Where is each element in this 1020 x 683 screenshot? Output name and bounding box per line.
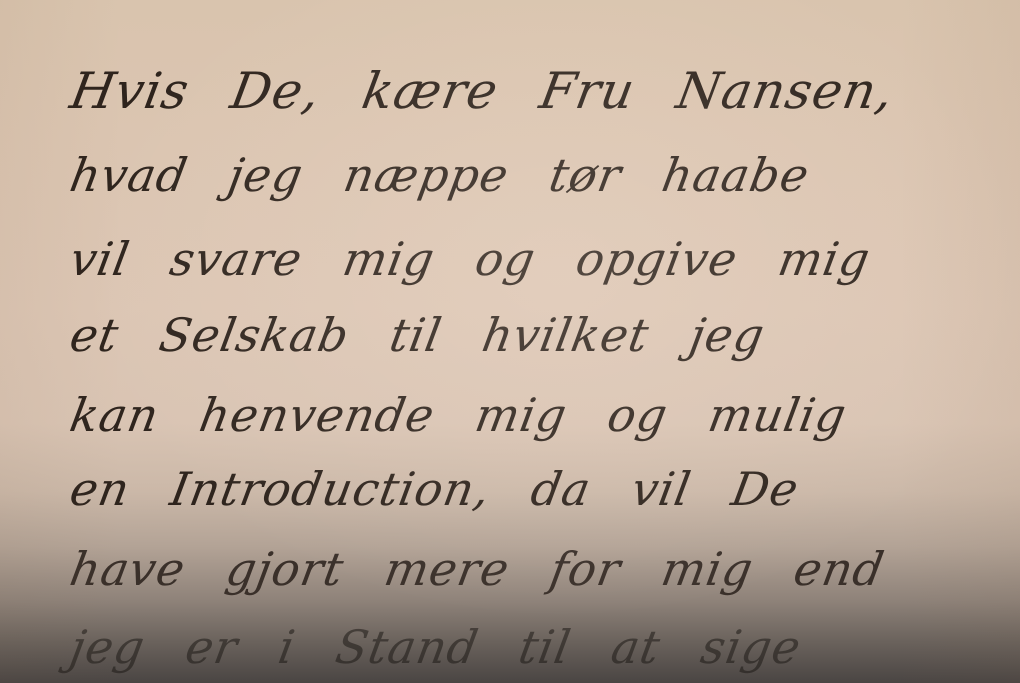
- letter-line-8: jeg er i Stand til at sige: [66, 620, 805, 674]
- letter-line-6: en Introduction, da vil De: [66, 462, 803, 516]
- letter-line-2: hvad jeg næppe tør haabe: [66, 148, 814, 202]
- letter-line-4: et Selskab til hvilket jeg: [66, 308, 769, 362]
- letter-line-5: kan henvende mig og mulig: [66, 388, 851, 442]
- letter-line-1: Hvis De, kære Fru Nansen,: [66, 62, 899, 120]
- letter-page: Hvis De, kære Fru Nansen, hvad jeg næppe…: [0, 0, 1020, 683]
- letter-line-7: have gjort mere for mig end: [66, 542, 889, 596]
- letter-line-3: vil svare mig og opgive mig: [66, 232, 874, 286]
